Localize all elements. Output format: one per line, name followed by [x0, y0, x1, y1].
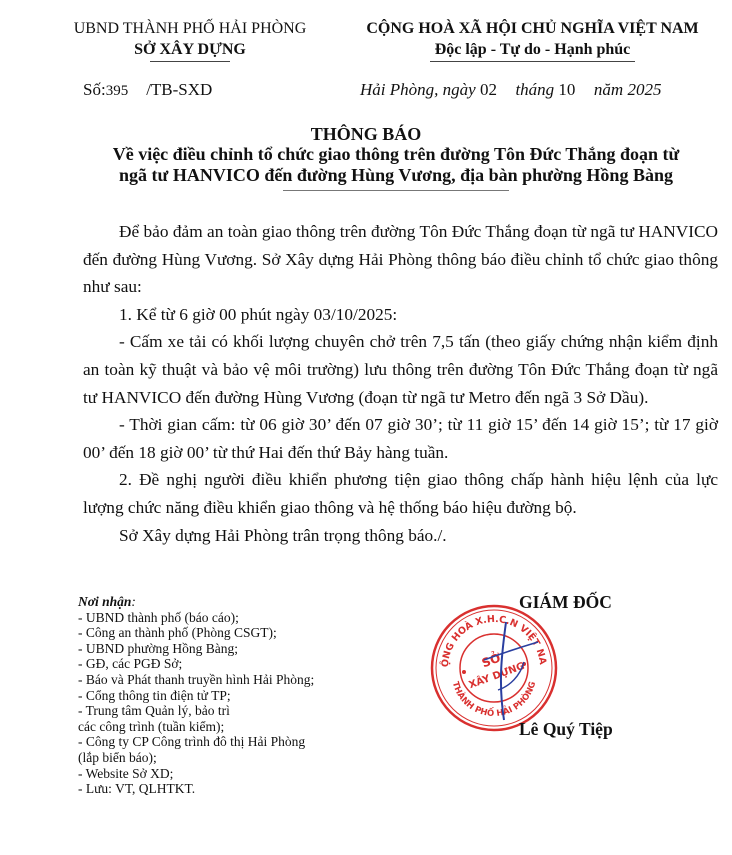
body-paragraph-item-1: 1. Kể từ 6 giờ 00 phút ngày 03/10/2025:: [83, 301, 718, 329]
document-subtitle: Về việc điều chỉnh tổ chức giao thông tr…: [60, 144, 732, 186]
agency-name: SỞ XÂY DỰNG: [40, 39, 340, 60]
date-place: Hải Phòng, ngày: [360, 80, 476, 99]
signer-name: Lê Quý Tiệp: [519, 719, 613, 740]
agency-underline: [150, 61, 230, 62]
title-underline: [283, 190, 509, 191]
national-motto: Độc lập - Tự do - Hạnh phúc: [340, 39, 725, 60]
recipient-item: - Cổng thông tin điện tử TP;: [78, 688, 408, 704]
date-year: năm 2025: [594, 80, 662, 99]
svg-text:SỞ: SỞ: [479, 649, 503, 671]
doc-number-value: 395: [106, 83, 129, 99]
svg-text:THÀNH PHỐ HẢI PHÒNG: THÀNH PHỐ HẢI PHÒNG: [450, 680, 538, 719]
official-seal-icon: CỘNG HOÀ X.H.C.N VIỆT NAM THÀNH PHỐ HẢI …: [428, 602, 560, 734]
national-motto-block: CỘNG HOÀ XÃ HỘI CHỦ NGHĨA VIỆT NAM Độc l…: [340, 18, 725, 62]
recipient-item: - Công ty CP Công trình đô thị Hải Phòng: [78, 734, 408, 750]
body-paragraph-item-2: 2. Đề nghị người điều khiển phương tiện …: [83, 466, 718, 521]
document-number: Số:395/TB-SXD: [83, 80, 212, 100]
body-paragraph-ban: - Cấm xe tải có khối lượng chuyên chở tr…: [83, 328, 718, 411]
recipients-list: Nơi nhận: - UBND thành phố (báo cáo); - …: [78, 594, 408, 797]
recipient-item: - UBND phường Hồng Bàng;: [78, 641, 408, 657]
body-paragraph-ban-time: - Thời gian cấm: từ 06 giờ 30’ đến 07 gi…: [83, 411, 718, 466]
document-date: Hải Phòng, ngày 02 tháng 10 năm 2025: [360, 80, 661, 100]
recipient-item: - GĐ, các PGĐ Sở;: [78, 656, 408, 672]
subtitle-line-1: Về việc điều chỉnh tổ chức giao thông tr…: [60, 144, 732, 165]
doc-number-suffix: /TB-SXD: [146, 80, 212, 99]
document-title: THÔNG BÁO: [0, 124, 732, 145]
recipient-item: (lắp biển báo);: [78, 750, 408, 766]
recipient-item: - Website Sở XD;: [78, 766, 408, 782]
date-month: 10: [558, 80, 575, 99]
recipients-title: Nơi nhận:: [78, 594, 408, 610]
doc-number-prefix: Số:: [83, 80, 106, 99]
recipient-item: - Lưu: VT, QLHTKT.: [78, 781, 408, 797]
date-month-label: tháng: [515, 80, 554, 99]
recipient-item: - Trung tâm Quản lý, bảo trì: [78, 703, 408, 719]
recipient-item: - Báo và Phát thanh truyền hình Hải Phòn…: [78, 672, 408, 688]
document-body: Để bảo đảm an toàn giao thông trên đường…: [83, 218, 718, 549]
country-name: CỘNG HOÀ XÃ HỘI CHỦ NGHĨA VIỆT NAM: [340, 18, 725, 39]
recipient-item: - UBND thành phố (báo cáo);: [78, 610, 408, 626]
subtitle-line-2: ngã tư HANVICO đến đường Hùng Vương, địa…: [60, 165, 732, 186]
date-day: 02: [480, 80, 497, 99]
recipient-item: - Công an thành phố (Phòng CSGT);: [78, 625, 408, 641]
issuing-agency-block: UBND THÀNH PHỐ HẢI PHÒNG SỞ XÂY DỰNG: [40, 18, 340, 62]
recipient-item: các công trình (tuần kiểm);: [78, 719, 408, 735]
body-paragraph-closing: Sở Xây dựng Hải Phòng trân trọng thông b…: [83, 522, 718, 550]
body-paragraph-intro: Để bảo đảm an toàn giao thông trên đường…: [83, 218, 718, 301]
motto-underline: [430, 61, 635, 62]
parent-agency: UBND THÀNH PHỐ HẢI PHÒNG: [40, 18, 340, 39]
